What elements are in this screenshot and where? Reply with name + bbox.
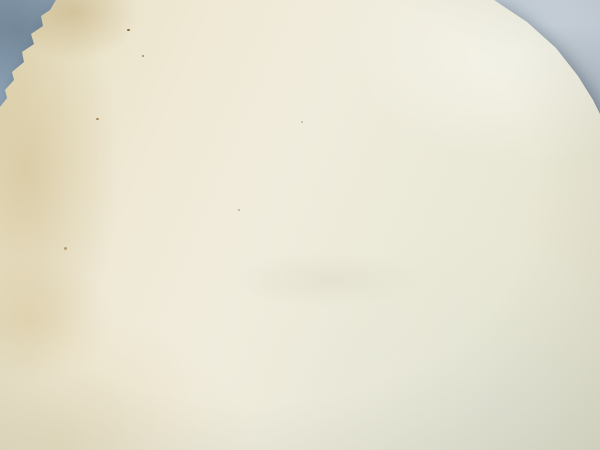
fox-spot bbox=[127, 29, 130, 31]
fox-spot bbox=[142, 55, 144, 57]
photo-backdrop bbox=[0, 0, 600, 450]
fox-spot bbox=[96, 118, 99, 120]
fox-spot bbox=[238, 209, 240, 211]
fox-spot bbox=[64, 247, 67, 250]
fox-spot bbox=[301, 121, 303, 123]
page-shadow bbox=[0, 0, 600, 450]
manuscript-page bbox=[0, 0, 600, 450]
